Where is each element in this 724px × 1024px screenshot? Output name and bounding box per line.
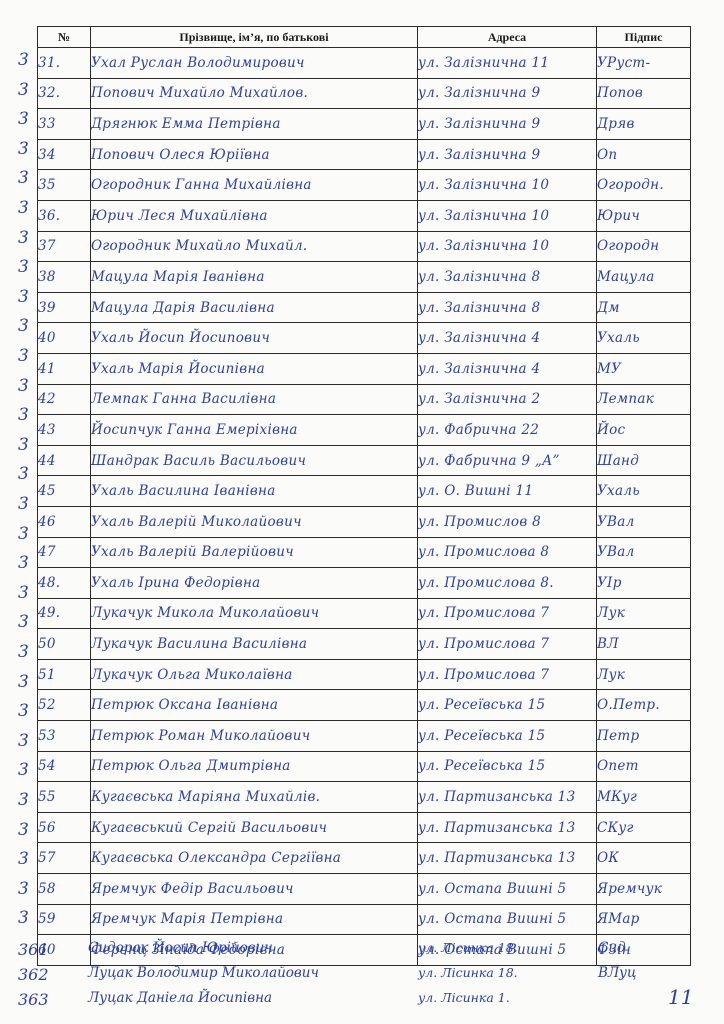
signature-table: № Прізвище, ім’я, по батькові Адреса Під… [37,26,691,966]
row-number: 57 [38,843,91,874]
row-full-name: Кугаєвська Олександра Сергіївна [91,843,418,874]
header-signature: Підпис [597,27,691,48]
row-address: ул. Фабрична 9 „А” [418,445,597,476]
row-signature: МУ [597,353,691,384]
row-address: ул. О. Вишні 11 [418,476,597,507]
table-row: 46Ухаль Валерій Миколайовичул. Промислов… [38,506,691,537]
table-row: 52Петрюк Оксана Іванівнаул. Ресеївська 1… [38,690,691,721]
row-number: 50 [38,629,91,660]
row-full-name: Ухаль Йосип Йосипович [91,323,418,354]
row-full-name: Яремчук Марія Петрівна [91,904,418,935]
row-number-prefix: 3 [18,494,29,514]
row-full-name: Ухаль Марія Йосипівна [91,353,418,384]
row-number-prefix: 3 [18,908,29,928]
row-number-prefix: 3 [18,642,29,662]
row-number-prefix: 3 [18,405,29,425]
row-full-name: Ухаль Валерій Миколайович [91,506,418,537]
row-full-name: Огородник Ганна Михайлівна [91,170,418,201]
row-number: 51 [38,659,91,690]
row-number: 39 [38,292,91,323]
row-full-name: Кугаєвська Маріяна Михайлів. [91,782,418,813]
row-signature: Петр [597,721,691,752]
row-signature: Лук [597,659,691,690]
row-number: 35 [38,170,91,201]
extra-number: 362 [18,965,49,984]
row-number: 47 [38,537,91,568]
row-address: ул. Залізнична 11 [418,48,597,79]
row-number-prefix: 3 [18,879,29,899]
table-row: 38Мацула Марія Іванівнаул. Залізнична 8М… [38,262,691,293]
row-signature: Огородн [597,231,691,262]
row-number-prefix: 3 [18,376,29,396]
row-address: ул. Залізнична 4 [418,323,597,354]
header-number: № [38,27,91,48]
table-row: 56Кугаєвський Сергій Васильовичул. Парти… [38,812,691,843]
row-full-name: Ухаль Валерій Валерійович [91,537,418,568]
row-number-prefix: 3 [18,672,29,692]
row-number-prefix: 3 [18,464,29,484]
row-number: 44 [38,445,91,476]
table-row: 54Петрюк Ольга Дмитрівнаул. Ресеївська 1… [38,751,691,782]
row-full-name: Мацула Дарія Василівна [91,292,418,323]
row-address: ул. Промислов 8 [418,506,597,537]
row-number: 52 [38,690,91,721]
row-full-name: Дрягнюк Емма Петрівна [91,109,418,140]
signature-sheet: № Прізвище, ім’я, по батькові Адреса Під… [0,0,724,1024]
row-number-prefix: 3 [18,50,29,70]
row-number-prefix: 3 [18,80,29,100]
row-address: ул. Залізнична 4 [418,353,597,384]
row-full-name: Попович Михайло Михайлов. [91,78,418,109]
row-signature: Мацула [597,262,691,293]
row-full-name: Лукачук Ольга Миколаївна [91,659,418,690]
row-number: 42 [38,384,91,415]
extra-full-name: Сидорак Йосип Юрійович [88,940,273,956]
row-signature: Йос [597,415,691,446]
row-signature: О.Петр. [597,690,691,721]
table-row: 35Огородник Ганна Михайлівнаул. Залізнич… [38,170,691,201]
extra-address: ул. Лісинка 1. [418,990,510,1005]
row-number-prefix: 3 [18,849,29,869]
row-signature: Яремчук [597,874,691,905]
row-signature: УІр [597,568,691,599]
row-full-name: Кугаєвський Сергій Васильович [91,812,418,843]
row-signature: Дм [597,292,691,323]
extra-address: ул. Лісинка 18. [418,965,518,980]
header-address: Адреса [418,27,597,48]
row-address: ул. Партизанська 13 [418,782,597,813]
row-number: 59 [38,904,91,935]
table-row: 40Ухаль Йосип Йосиповичул. Залізнична 4У… [38,323,691,354]
table-row: 43Йосипчук Ганна Емеріхівнаул. Фабрична … [38,415,691,446]
table-row: 59Яремчук Марія Петрівнаул. Остапа Вишні… [38,904,691,935]
row-number-prefix: 3 [18,287,29,307]
row-number-prefix: 3 [18,198,29,218]
table-row: 36.Юрич Леся Михайлівнаул. Залізнична 10… [38,200,691,231]
row-number-prefix: 3 [18,139,29,159]
row-full-name: Лукачук Василина Василівна [91,629,418,660]
row-signature: Шанд [597,445,691,476]
row-number-prefix: 3 [18,760,29,780]
row-signature: Лемпак [597,384,691,415]
row-number: 41 [38,353,91,384]
extra-full-name: Луцак Володимир Миколайович [88,965,319,981]
row-number-prefix: 3 [18,524,29,544]
row-signature: УРуст- [597,48,691,79]
table-row: 42Лемпак Ганна Василівнаул. Залізнична 2… [38,384,691,415]
row-address: ул. Залізнична 10 [418,231,597,262]
row-full-name: Лукачук Микола Миколайович [91,598,418,629]
row-address: ул. Промислова 8 [418,537,597,568]
row-number-prefix: 3 [18,731,29,751]
row-address: ул. Партизанська 13 [418,812,597,843]
row-signature: СКуг [597,812,691,843]
row-signature: Лук [597,598,691,629]
row-number-prefix: 3 [18,346,29,366]
row-signature: ВЛ [597,629,691,660]
row-signature: Оп [597,139,691,170]
row-address: ул. Промислова 7 [418,629,597,660]
table-row: 31.Ухал Руслан Володимировичул. Залізнич… [38,48,691,79]
table-header-row: № Прізвище, ім’я, по батькові Адреса Під… [38,27,691,48]
row-number: 37 [38,231,91,262]
row-number: 48. [38,568,91,599]
table-row: 47Ухаль Валерій Валерійовичул. Промислов… [38,537,691,568]
row-number: 49. [38,598,91,629]
table-row: 37Огородник Михайло Михайл.ул. Залізничн… [38,231,691,262]
row-number: 33 [38,109,91,140]
row-number-prefix: 3 [18,612,29,632]
row-address: ул. Остапа Вишні 5 [418,904,597,935]
row-address: ул. Залізнична 10 [418,200,597,231]
row-full-name: Ухал Руслан Володимирович [91,48,418,79]
row-address: ул. Залізнична 10 [418,170,597,201]
row-number: 38 [38,262,91,293]
row-number-prefix: 3 [18,168,29,188]
table-row: 34Попович Олеся Юріївнаул. Залізнична 9О… [38,139,691,170]
row-full-name: Юрич Леся Михайлівна [91,200,418,231]
table-row: 33Дрягнюк Емма Петрівнаул. Залізнична 9Д… [38,109,691,140]
row-number: 58 [38,874,91,905]
row-address: ул. Ресеївська 15 [418,751,597,782]
row-signature: УВал [597,537,691,568]
row-signature: Ухаль [597,476,691,507]
page-number: 11 [668,985,693,1009]
row-number: 34 [38,139,91,170]
row-address: ул. Залізнична 9 [418,109,597,140]
row-signature: Дряв [597,109,691,140]
row-full-name: Петрюк Роман Миколайович [91,721,418,752]
table-row: 44Шандрак Василь Васильовичул. Фабрична … [38,445,691,476]
row-signature: ЯМар [597,904,691,935]
extra-signature: Сид [598,940,626,956]
row-number-prefix: 3 [18,109,29,129]
row-number: 31. [38,48,91,79]
row-number-prefix: 3 [18,583,29,603]
row-number: 36. [38,200,91,231]
row-signature: МКуг [597,782,691,813]
row-number: 40 [38,323,91,354]
row-number: 32. [38,78,91,109]
row-number: 53 [38,721,91,752]
row-signature: Попов [597,78,691,109]
table-row: 48.Ухаль Ірина Федорівнаул. Промислова 8… [38,568,691,599]
row-signature: ОК [597,843,691,874]
row-number-prefix: 3 [18,701,29,721]
header-full-name: Прізвище, ім’я, по батькові [91,27,418,48]
row-signature: Опет [597,751,691,782]
row-address: ул. Ресеївська 15 [418,690,597,721]
row-full-name: Огородник Михайло Михайл. [91,231,418,262]
row-full-name: Ухаль Василина Іванівна [91,476,418,507]
table-row: 49.Лукачук Микола Миколайовичул. Промисл… [38,598,691,629]
row-number-prefix: 3 [18,790,29,810]
row-address: ул. Залізнична 2 [418,384,597,415]
row-full-name: Йосипчук Ганна Емеріхівна [91,415,418,446]
row-number: 55 [38,782,91,813]
row-number: 54 [38,751,91,782]
row-full-name: Попович Олеся Юріївна [91,139,418,170]
row-signature: Юрич [597,200,691,231]
row-address: ул. Партизанська 13 [418,843,597,874]
table-row: 50Лукачук Василина Василівнаул. Промисло… [38,629,691,660]
row-address: ул. Фабрична 22 [418,415,597,446]
row-address: ул. Ресеївська 15 [418,721,597,752]
extra-number: 361 [18,940,49,959]
row-number-prefix: 3 [18,553,29,573]
extra-signature: ВЛуц [598,965,636,981]
row-address: ул. Остапа Вишні 5 [418,874,597,905]
row-full-name: Лемпак Ганна Василівна [91,384,418,415]
extra-address: ул. Лісинка 18. [418,940,518,955]
row-address: ул. Залізнична 8 [418,262,597,293]
row-signature: Огородн. [597,170,691,201]
row-number-prefix: 3 [18,435,29,455]
row-address: ул. Промислова 8. [418,568,597,599]
row-address: ул. Залізнична 8 [418,292,597,323]
row-number: 43 [38,415,91,446]
row-number: 46 [38,506,91,537]
table-row: 32.Попович Михайло Михайлов.ул. Залізнич… [38,78,691,109]
row-address: ул. Промислова 7 [418,598,597,629]
row-number: 45 [38,476,91,507]
row-address: ул. Промислова 7 [418,659,597,690]
table-row: 39Мацула Дарія Василівнаул. Залізнична 8… [38,292,691,323]
row-number-prefix: 3 [18,228,29,248]
row-number-prefix: 3 [18,257,29,277]
row-full-name: Шандрак Василь Васильович [91,445,418,476]
row-signature: Ухаль [597,323,691,354]
table-row: 55Кугаєвська Маріяна Михайлів.ул. Партиз… [38,782,691,813]
table-row: 51Лукачук Ольга Миколаївнаул. Промислова… [38,659,691,690]
row-full-name: Ухаль Ірина Федорівна [91,568,418,599]
row-full-name: Яремчук Федір Васильович [91,874,418,905]
row-full-name: Петрюк Оксана Іванівна [91,690,418,721]
row-number-prefix: 3 [18,820,29,840]
row-full-name: Мацула Марія Іванівна [91,262,418,293]
table-row: 41Ухаль Марія Йосипівнаул. Залізнична 4М… [38,353,691,384]
row-number-prefix: 3 [18,316,29,336]
extra-full-name: Луцак Даніела Йосипівна [88,990,272,1006]
table-row: 45Ухаль Василина Іванівнаул. О. Вишні 11… [38,476,691,507]
table-row: 58Яремчук Федір Васильовичул. Остапа Виш… [38,874,691,905]
row-address: ул. Залізнична 9 [418,78,597,109]
extra-number: 363 [18,990,49,1009]
row-address: ул. Залізнична 9 [418,139,597,170]
table-body: 31.Ухал Руслан Володимировичул. Залізнич… [38,48,691,966]
table-row: 53Петрюк Роман Миколайовичул. Ресеївська… [38,721,691,752]
table-row: 57Кугаєвська Олександра Сергіївнаул. Пар… [38,843,691,874]
row-signature: УВал [597,506,691,537]
row-number: 56 [38,812,91,843]
row-full-name: Петрюк Ольга Дмитрівна [91,751,418,782]
